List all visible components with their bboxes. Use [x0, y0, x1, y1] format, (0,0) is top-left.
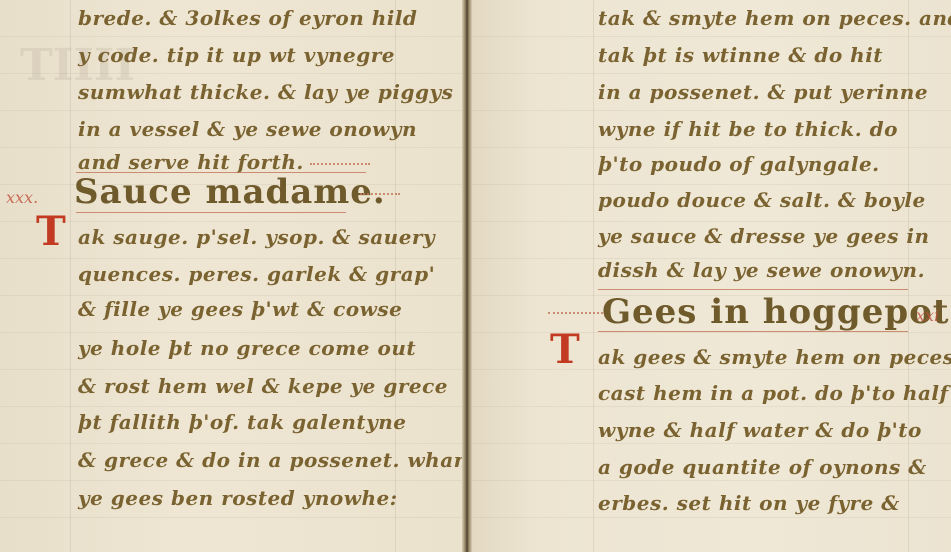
text-line: & rost hem wel & kepe ye grece — [78, 374, 448, 398]
text-line: & grece & do in a possenet. whan — [78, 448, 466, 472]
line-filler — [548, 312, 603, 314]
text-line: ye gees ben rosted ynowhe: — [78, 486, 398, 510]
heading-rule-bottom — [598, 331, 908, 332]
text-line: tak þt is wtinne & do hit — [598, 43, 883, 67]
text-line: cast hem in a pot. do þ'to half — [598, 381, 949, 405]
red-initial: T — [550, 326, 580, 373]
text-line: ye sauce & dresse ye gees in — [598, 224, 930, 248]
red-initial: T — [36, 208, 66, 255]
heading-rule-top — [598, 289, 908, 290]
text-line: wyne if hit be to thick. do — [598, 117, 898, 141]
text-line: a gode quantite of oynons & — [598, 455, 927, 479]
text-line: in a possenet. & put yerinne — [598, 80, 928, 104]
text-line: ak gees & smyte hem on peces — [598, 345, 951, 369]
book-gutter — [462, 0, 472, 552]
manuscript-spread: TIIII brede. & 3olkes of eyron hild y co… — [0, 0, 951, 552]
line-filler — [360, 193, 400, 195]
text-line: ye hole þt no grece come out — [78, 336, 416, 360]
text-line: and serve hit forth. — [78, 150, 304, 174]
text-line: dissh & lay ye sewe onowyn. — [598, 258, 925, 282]
recipe-numeral: xxi — [916, 306, 939, 325]
heading-rule-bottom — [76, 212, 346, 213]
recipe-heading: Sauce madame. — [74, 172, 386, 212]
text-line: tak & smyte hem on peces. and — [598, 6, 951, 30]
text-line: y code. tip it up wt vynegre — [78, 43, 395, 67]
ruling-line — [593, 0, 594, 552]
text-line: wyne & half water & do þ'to — [598, 418, 922, 442]
line-filler — [310, 163, 370, 165]
text-line: erbes. set hit on ye fyre & — [598, 491, 900, 515]
text-line: poudo douce & salt. & boyle — [598, 188, 926, 212]
recipe-heading: Gees in hoggepot. — [602, 292, 951, 332]
text-line: sumwhat thicke. & lay ye piggys — [78, 80, 453, 104]
text-line: þ'to poudo of galyngale. — [598, 152, 880, 176]
text-line: brede. & 3olkes of eyron hild — [78, 6, 417, 30]
text-line: þt fallith þ'of. tak galentyne — [78, 410, 407, 434]
text-line: ak sauge. p'sel. ysop. & sauery — [78, 225, 435, 249]
right-page: tak & smyte hem on peces. and tak þt is … — [468, 0, 951, 552]
text-line: in a vessel & ye sewe onowyn — [78, 117, 417, 141]
left-page: TIIII brede. & 3olkes of eyron hild y co… — [0, 0, 466, 552]
recipe-numeral: xxx. — [6, 188, 38, 207]
text-line: & fille ye gees þ'wt & cowse — [78, 297, 402, 321]
text-line: quences. peres. garlek & grap' — [78, 262, 435, 286]
